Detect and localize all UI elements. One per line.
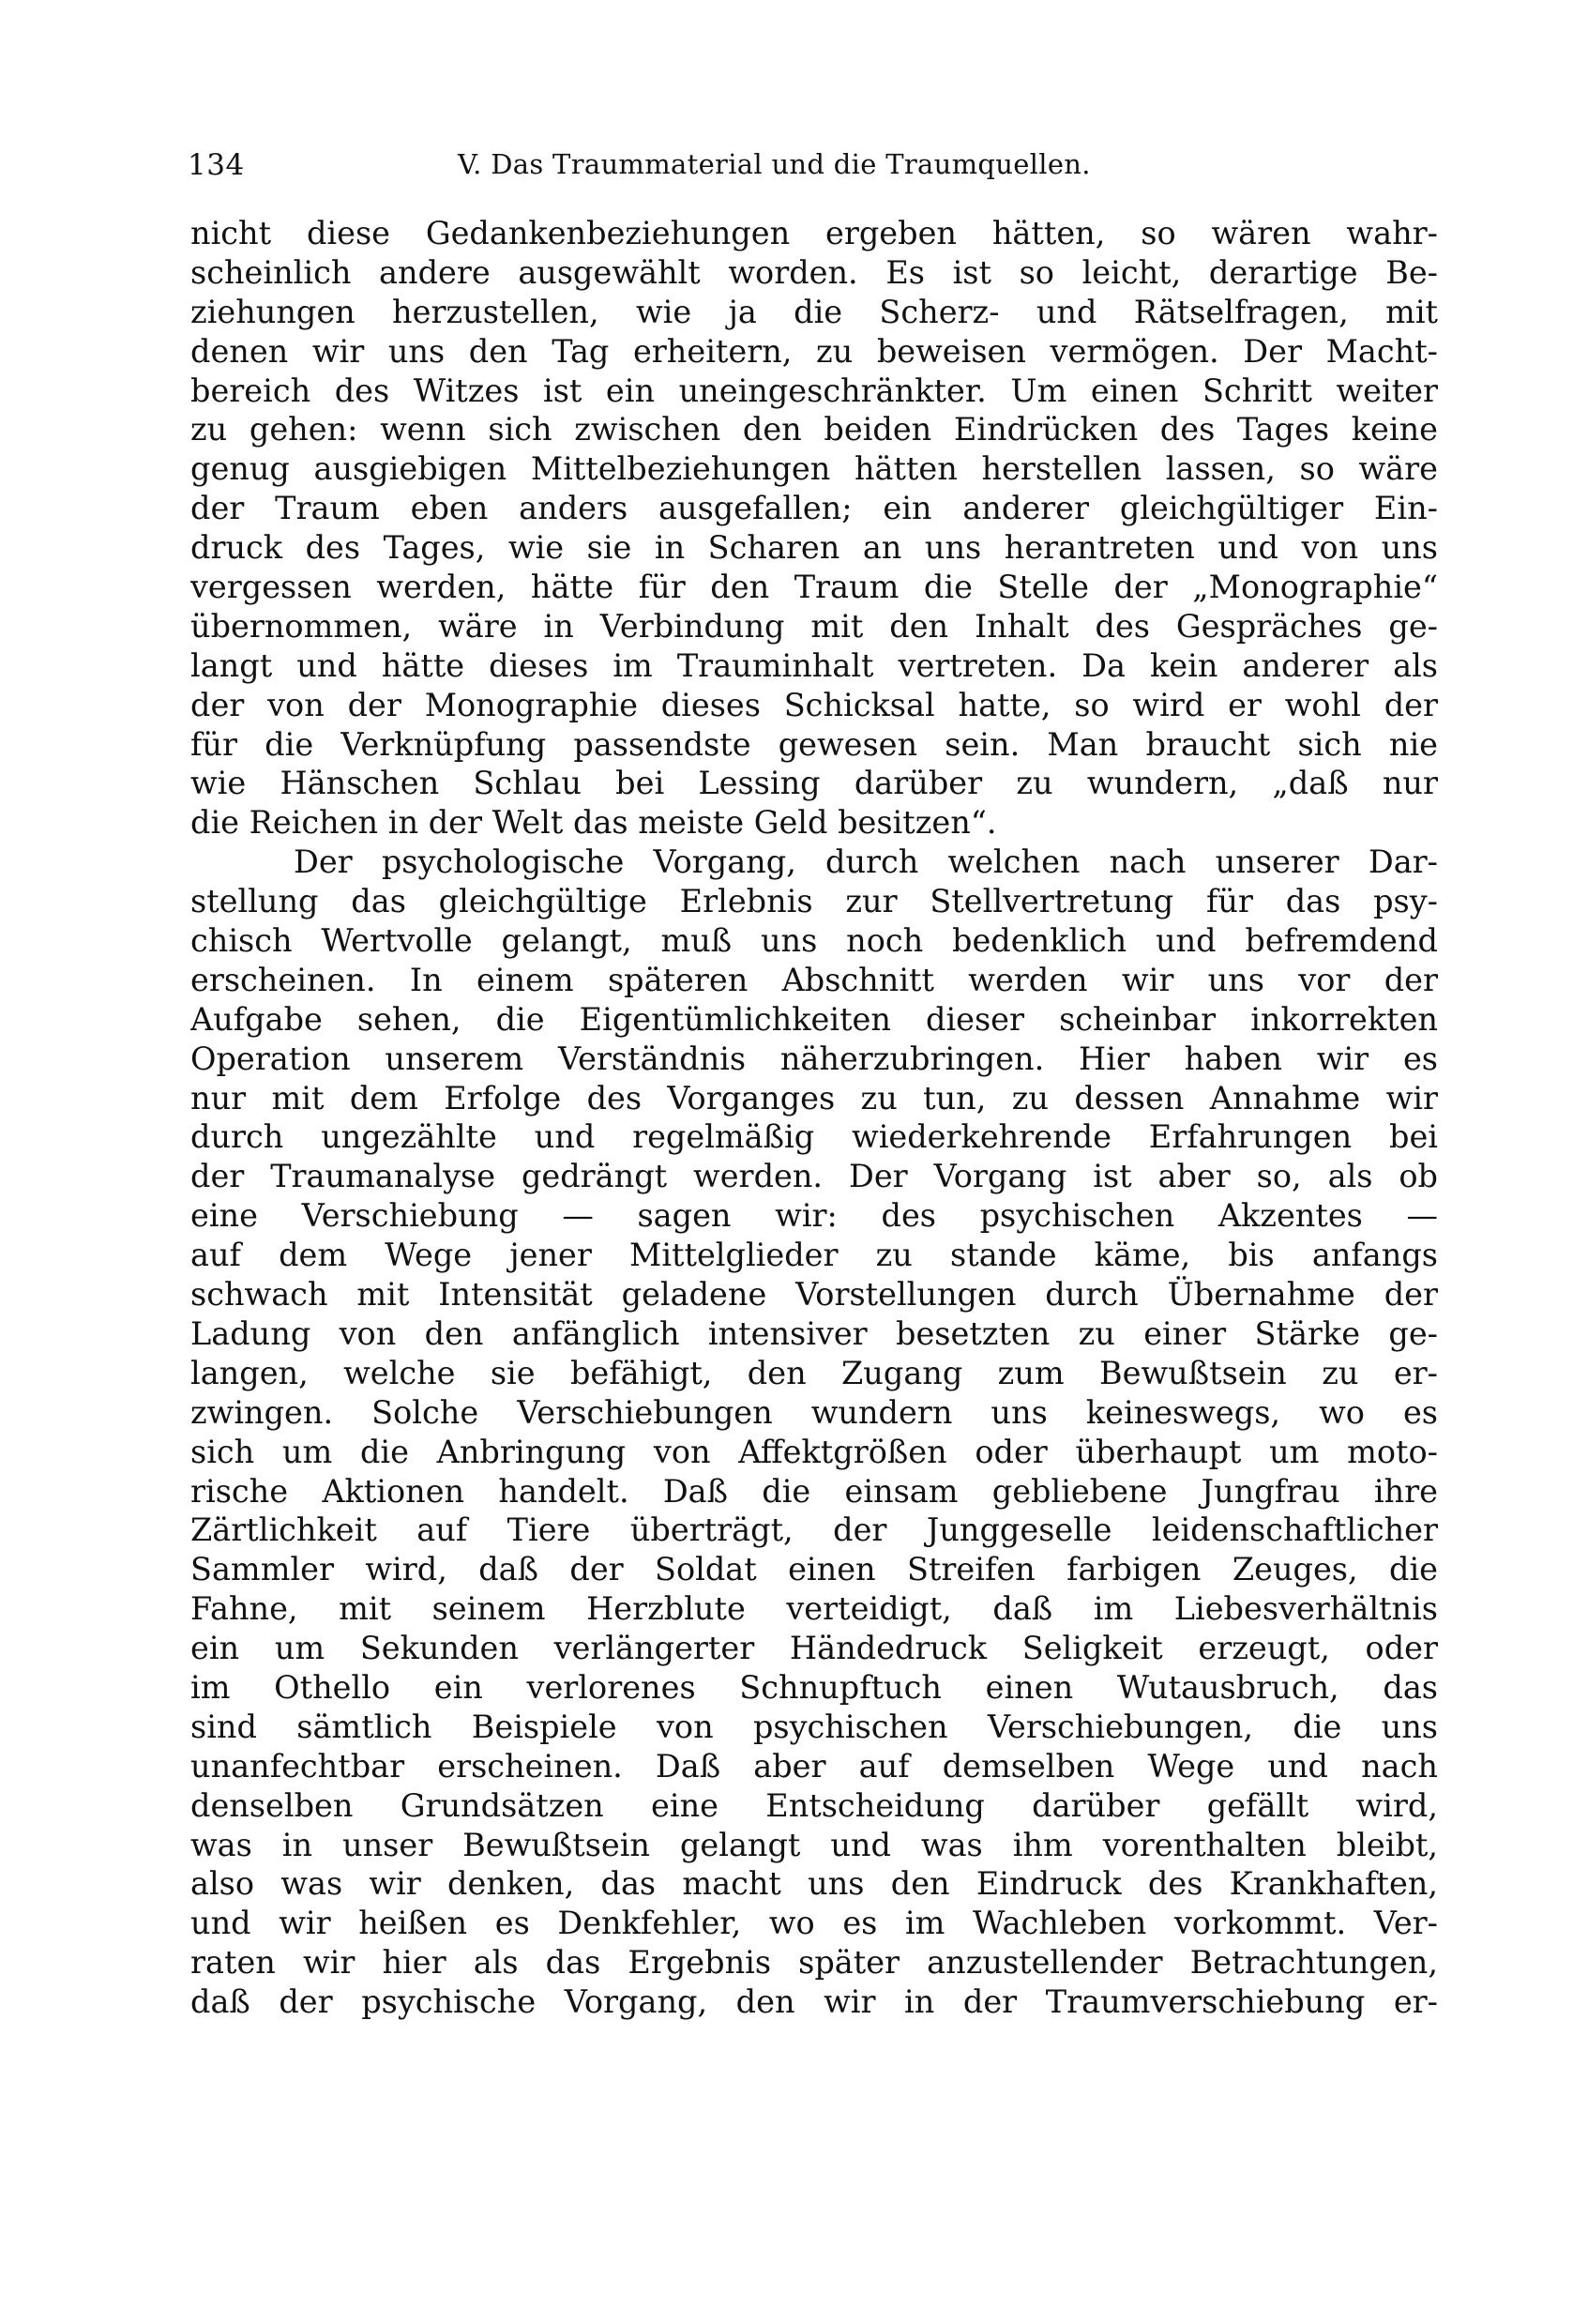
text-line: daß der psychische Vorgang, den wir in d… — [190, 1982, 1438, 2022]
text-line: der Traumanalyse gedrängt werden. Der Vo… — [190, 1157, 1438, 1196]
text-line: erscheinen. In einem späteren Abschnitt … — [190, 961, 1438, 1000]
text-line: eine Verschiebung — sagen wir: des psych… — [190, 1196, 1438, 1236]
text-line: bereich des Witzes ist ein uneingeschrän… — [190, 372, 1438, 411]
text-line: sind sämtlich Beispiele von psychischen … — [190, 1708, 1438, 1747]
text-line: übernommen, wäre in Verbindung mit den I… — [190, 607, 1438, 646]
text-line: genug ausgiebigen Mittelbeziehungen hätt… — [190, 449, 1438, 489]
text-line: wie Hänschen Schlau bei Lessing darüber … — [190, 764, 1438, 803]
text-line: Ladung von den anfänglich intensiver bes… — [190, 1314, 1438, 1354]
text-line: Aufgabe sehen, die Eigentümlichkeiten di… — [190, 1000, 1438, 1040]
page-number: 134 — [188, 148, 245, 182]
text-line: was in unser Bewußtsein gelangt und was … — [190, 1826, 1438, 1865]
text-line: nicht diese Gedankenbeziehungen ergeben … — [190, 214, 1438, 253]
text-line: Der psychologische Vorgang, durch welche… — [190, 843, 1438, 882]
text-line: unanfechtbar erscheinen. Daß aber auf de… — [190, 1747, 1438, 1786]
text-line: für die Verknüpfung passendste gewesen s… — [190, 725, 1438, 765]
text-line: langen, welche sie befähigt, den Zugang … — [190, 1354, 1438, 1393]
body-text: nicht diese Gedankenbeziehungen ergeben … — [190, 214, 1438, 2022]
text-line: Sammler wird, daß der Soldat einen Strei… — [190, 1550, 1438, 1589]
text-line: die Reichen in der Welt das meiste Geld … — [190, 803, 1438, 843]
text-line: Zärtlichkeit auf Tiere überträgt, der Ju… — [190, 1511, 1438, 1550]
text-line: nur mit dem Erfolge des Vorganges zu tun… — [190, 1079, 1438, 1118]
text-line: der von der Monographie dieses Schicksal… — [190, 686, 1438, 725]
paragraph-1: nicht diese Gedankenbeziehungen ergeben … — [190, 214, 1438, 843]
text-line: im Othello ein verlorenes Schnupftuch ei… — [190, 1668, 1438, 1708]
text-line: raten wir hier als das Ergebnis später a… — [190, 1943, 1438, 1982]
text-line: also was wir denken, das macht uns den E… — [190, 1864, 1438, 1904]
text-line: und wir heißen es Denkfehler, wo es im W… — [190, 1904, 1438, 1943]
text-line: stellung das gleichgültige Erlebnis zur … — [190, 882, 1438, 921]
book-page: 134 V. Das Traummaterial und die Traumqu… — [0, 0, 1588, 2324]
running-title: V. Das Traummaterial und die Traumquelle… — [458, 148, 1091, 180]
text-line: Operation unserem Verständnis näherzubri… — [190, 1040, 1438, 1079]
text-line: schwach mit Intensität geladene Vorstell… — [190, 1275, 1438, 1314]
text-line: rische Aktionen handelt. Daß die einsam … — [190, 1472, 1438, 1511]
text-line: druck des Tages, wie sie in Scharen an u… — [190, 528, 1438, 568]
page-header: 134 V. Das Traummaterial und die Traumqu… — [188, 148, 1435, 186]
text-line: der Traum eben anders ausgefallen; ein a… — [190, 489, 1438, 528]
text-line: auf dem Wege jener Mittelglieder zu stan… — [190, 1236, 1438, 1275]
text-line: zu gehen: wenn sich zwischen den beiden … — [190, 410, 1438, 449]
text-line: sich um die Anbringung von Affektgrößen … — [190, 1433, 1438, 1472]
text-line: scheinlich andere ausgewählt worden. Es … — [190, 253, 1438, 293]
text-line: vergessen werden, hätte für den Traum di… — [190, 568, 1438, 607]
text-line: durch ungezählte und regelmäßig wiederke… — [190, 1117, 1438, 1157]
text-line: chisch Wertvolle gelangt, muß uns noch b… — [190, 921, 1438, 961]
text-line: Fahne, mit seinem Herzblute verteidigt, … — [190, 1589, 1438, 1629]
text-line: ziehungen herzustellen, wie ja die Scher… — [190, 293, 1438, 332]
text-line: zwingen. Solche Verschiebungen wundern u… — [190, 1393, 1438, 1433]
text-line: langt und hätte dieses im Trauminhalt ve… — [190, 646, 1438, 686]
text-line: ein um Sekunden verlängerter Händedruck … — [190, 1629, 1438, 1668]
text-line: denen wir uns den Tag erheitern, zu bewe… — [190, 332, 1438, 372]
paragraph-2: Der psychologische Vorgang, durch welche… — [190, 843, 1438, 2022]
text-line: denselben Grundsätzen eine Entscheidung … — [190, 1786, 1438, 1826]
